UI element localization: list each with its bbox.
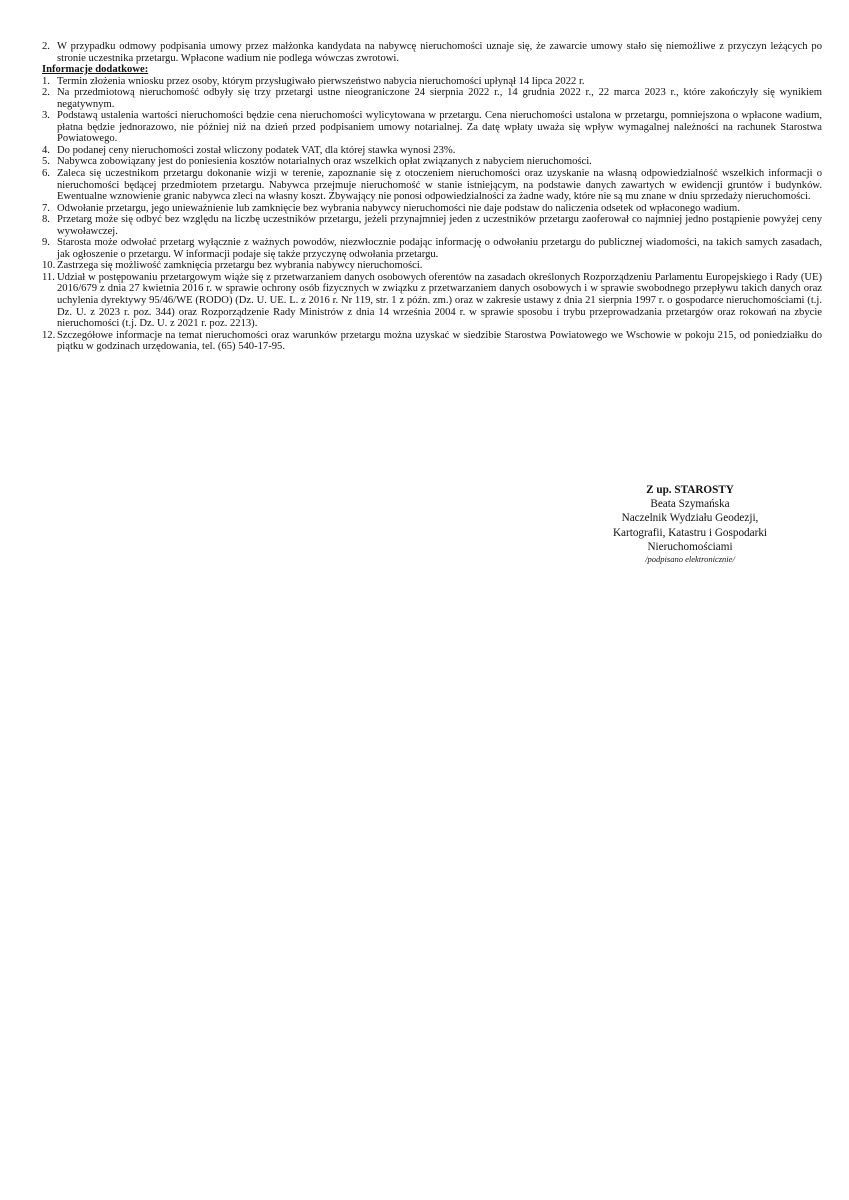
item-text: Do podanej ceny nieruchomości został wli… [57,145,822,157]
list-item: 4. Do podanej ceny nieruchomości został … [42,145,822,157]
list-item: 11. Udział w postępowaniu przetargowym w… [42,272,822,330]
item-text: Nabywca zobowiązany jest do poniesienia … [57,156,822,168]
item-number: 2. [42,41,57,64]
item-number: 4. [42,145,57,157]
list-item: 12. Szczegółowe informacje na temat nier… [42,330,822,353]
list-item: 10. Zastrzega się możliwość zamknięcia p… [42,260,822,272]
item-number: 7. [42,203,57,215]
list-item: 2. W przypadku odmowy podpisania umowy p… [42,41,822,64]
item-text: Odwołanie przetargu, jego unieważnienie … [57,203,822,215]
item-text: Przetarg może się odbyć bez względu na l… [57,214,822,237]
item-text: Udział w postępowaniu przetargowym wiąże… [57,272,822,330]
list-item: 8. Przetarg może się odbyć bez względu n… [42,214,822,237]
item-text: Na przedmiotową nieruchomość odbyły się … [57,87,822,110]
signatory-position: Nieruchomościami [590,540,790,554]
list-item: 7. Odwołanie przetargu, jego unieważnien… [42,203,822,215]
list-item: 6. Zaleca się uczestnikom przetargu doko… [42,168,822,203]
list-item: 2. Na przedmiotową nieruchomość odbyły s… [42,87,822,110]
signatory-name: Beata Szymańska [590,497,790,511]
signature-title: Z up. STAROSTY [590,483,790,497]
list-item: 3. Podstawą ustalenia wartości nieruchom… [42,110,822,145]
signatory-position: Naczelnik Wydziału Geodezji, [590,511,790,525]
item-text: Zaleca się uczestnikom przetargu dokonan… [57,168,822,203]
item-number: 9. [42,237,57,260]
additional-info-list: 1. Termin złożenia wniosku przez osoby, … [42,76,822,353]
item-number: 2. [42,87,57,110]
item-number: 5. [42,156,57,168]
signatory-position: Kartografii, Katastru i Gospodarki [590,526,790,540]
item-text: Termin złożenia wniosku przez osoby, któ… [57,76,822,88]
item-text: Zastrzega się możliwość zamknięcia przet… [57,260,822,272]
item-text: W przypadku odmowy podpisania umowy prze… [57,41,822,64]
item-number: 6. [42,168,57,203]
item-number: 10. [42,260,57,272]
item-text: Szczegółowe informacje na temat nierucho… [57,330,822,353]
item-number: 8. [42,214,57,237]
signature-note: /podpisano elektronicznie/ [590,554,790,565]
item-number: 12. [42,330,57,353]
list-item: 9. Starosta może odwołać przetarg wyłącz… [42,237,822,260]
item-number: 1. [42,76,57,88]
list-item: 1. Termin złożenia wniosku przez osoby, … [42,76,822,88]
list-item: 5. Nabywca zobowiązany jest do poniesien… [42,156,822,168]
signature-block: Z up. STAROSTY Beata Szymańska Naczelnik… [590,483,790,565]
item-text: Starosta może odwołać przetarg wyłącznie… [57,237,822,260]
section-heading: Informacje dodatkowe: [42,64,822,76]
item-text: Podstawą ustalenia wartości nieruchomośc… [57,110,822,145]
item-number: 3. [42,110,57,145]
document-body: 2. W przypadku odmowy podpisania umowy p… [42,41,822,353]
item-number: 11. [42,272,57,330]
